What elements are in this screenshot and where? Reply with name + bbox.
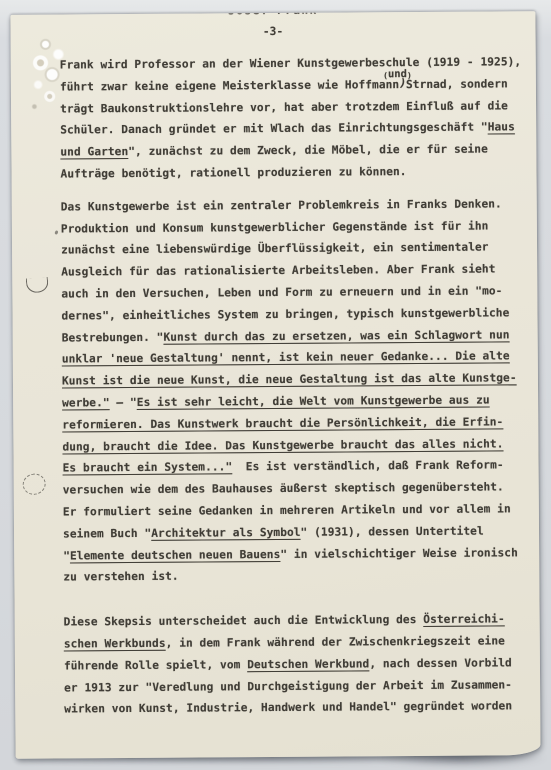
typewritten-page: Josef Frank -3- Frank wird Professor an … [10, 11, 540, 759]
underlined-text-segment: Elemente deutschen neuen Bauens [70, 548, 280, 562]
text-segment: wirken von Kunst, Industrie, Handwerk un… [64, 700, 512, 716]
underlined-text-segment: Es braucht ein System..." [63, 461, 233, 475]
text-segment: " (1931), dessen Untertitel [300, 524, 483, 538]
inserted-word-above-line: und) [399, 74, 406, 96]
pencil-arc-mark [26, 277, 49, 294]
text-segment: auch in den Versuchen, Leben und Form zu… [61, 284, 502, 300]
text-line: Diese Skepsis unterscheidet auch die Ent… [64, 608, 534, 633]
text-segment: , nach dessen Vorbild [369, 656, 512, 670]
text-line: zu verstehen ist. [63, 564, 533, 589]
text-segment: zu verstehen ist. [63, 570, 178, 584]
text-segment: Produktion und Konsum kunstgewerblicher … [61, 219, 489, 235]
text-segment: Aufträge benötigt, rationell produzieren… [60, 165, 406, 180]
text-line: Er formuliert seine Gedanken in mehreren… [63, 498, 533, 523]
underlined-text-segment: dung, braucht die Idee. Das Kunstgewerbe… [62, 437, 503, 453]
text-line: wirken von Kunst, Industrie, Handwerk un… [64, 696, 534, 721]
underlined-text-segment: Kunst ist die neue Kunst, die neue Gesta… [62, 371, 517, 387]
text-segment: führt zwar keine eigene Meisterklasse wi… [60, 78, 399, 93]
text-segment: Schüler. Danach gründet er mit Wlach das… [60, 121, 488, 137]
text-segment: ", zunächst zu dem Zweck, die Möbel, die… [128, 143, 488, 159]
text-line: versuchen wie dem des Bauhauses äußerst … [63, 476, 533, 501]
underlined-text-segment: Österreichi- [423, 613, 505, 627]
text-line: werbe." — "Es ist sehr leicht, die Welt … [62, 389, 532, 414]
text-segment: Frank wird Professor an der Wiener Kunst… [60, 55, 522, 71]
paragraph: Das Kunstgewerbe ist ein zentraler Probl… [61, 193, 534, 589]
text-line: und Garten", zunächst zu dem Zweck, die … [60, 138, 530, 163]
text-segment: führende Rolle spielt, vom [64, 658, 247, 672]
text-segment: trägt Baukonstruktionslehre vor, hat abe… [60, 99, 508, 115]
text-line: "Elemente deutschen neuen Bauens" in vie… [63, 542, 533, 567]
text-segment: zunächst eine liebenswürdige Überflüssig… [61, 241, 489, 257]
text-segment: , in dem Frank während der Zwischenkrieg… [166, 634, 505, 649]
scan-background: Josef Frank -3- Frank wird Professor an … [0, 0, 551, 770]
text-segment: " in vielschichtiger Weise ironisch [280, 546, 518, 561]
text-line: seinem Buch "Architektur als Symbol" (19… [63, 520, 533, 545]
text-segment: Strnad, sondern [406, 77, 508, 91]
text-line: führt zwar keine eigene Meisterklasse wi… [60, 73, 530, 98]
text-segment: er 1913 zur "Veredlung und Durchgeistigu… [64, 678, 512, 694]
underlined-text-segment: und Garten [60, 145, 128, 158]
text-line: Kunst ist die neue Kunst, die neue Gesta… [62, 367, 532, 392]
text-segment: Diese Skepsis unterscheidet auch die Ent… [64, 613, 424, 629]
page-header-title-cutoff: Josef Frank [10, 11, 535, 19]
paragraph: Diese Skepsis unterscheidet auch die Ent… [64, 608, 535, 720]
text-segment: — " [110, 396, 137, 409]
underlined-text-segment: schen Werkbunds [64, 637, 166, 651]
paragraph: Frank wird Professor an der Wiener Kunst… [60, 51, 531, 185]
text-segment: Das Kunstgewerbe ist ein zentraler Probl… [61, 197, 502, 213]
underlined-text-segment: Kunst durch das zu ersetzen, was ein Sch… [163, 328, 509, 343]
text-segment: versuchen wie dem des Bauhauses äußerst … [63, 481, 504, 497]
text-segment: dernes", einheitliches System zu bringen… [61, 306, 509, 322]
underlined-text-segment: Es ist sehr leicht, die Welt vom Kunstge… [137, 393, 490, 408]
pencil-dashed-circle-mark [21, 471, 48, 496]
document-body: Frank wird Professor an der Wiener Kunst… [60, 51, 535, 720]
text-line: auch in den Versuchen, Leben und Form zu… [61, 280, 531, 305]
text-segment: Es ist verständlich, daß Frank Reform- [232, 459, 504, 474]
text-segment: Er formuliert seine Gedanken in mehreren… [63, 502, 511, 518]
text-line: Das Kunstgewerbe ist ein zentraler Probl… [61, 193, 531, 218]
text-line: dernes", einheitliches System zu bringen… [61, 302, 531, 327]
underlined-text-segment: Haus [488, 121, 515, 134]
page-number: -3- [10, 23, 535, 40]
text-line: reformieren. Das Kunstwerk braucht die P… [62, 411, 532, 436]
underlined-text-segment: reformieren. Das Kunstwerk braucht die P… [62, 415, 503, 431]
text-line: Frank wird Professor an der Wiener Kunst… [60, 51, 530, 76]
text-segment: seinem Buch " [63, 527, 151, 541]
underlined-text-segment: Deutschen Werkbund [247, 657, 369, 671]
text-line: Aufträge benötigt, rationell produzieren… [60, 160, 530, 185]
underlined-text-segment: unklar 'neue Gestaltung' nennt, ist kein… [62, 350, 510, 366]
text-line: führende Rolle spielt, vom Deutschen Wer… [64, 652, 534, 677]
text-line: schen Werkbunds, in dem Frank während de… [64, 630, 534, 655]
underlined-text-segment: werbe." [62, 396, 110, 409]
text-segment: Ausgleich für das rationalisierte Arbeit… [61, 263, 495, 279]
underlined-text-segment: Architektur als Symbol [151, 526, 300, 540]
ink-speck [54, 230, 58, 235]
text-segment: Bestrebungen. " [62, 330, 164, 344]
